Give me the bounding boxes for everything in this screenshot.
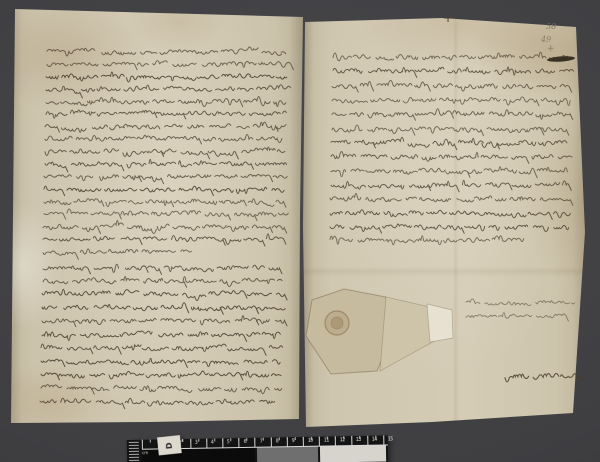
ruler-number: 4 — [211, 439, 214, 445]
manuscript-right-page — [302, 17, 590, 430]
grayscale-patch — [257, 447, 318, 462]
ruler-number: 11 — [324, 437, 329, 443]
ruler-number: 14 — [372, 437, 377, 443]
folio-number: 58 — [546, 22, 556, 31]
ruler-number: 9 — [292, 438, 295, 444]
secondary-folio-number: 49 — [541, 35, 551, 44]
ruler-number: 15 — [388, 436, 393, 442]
letter-heading-cross: + — [443, 11, 453, 25]
ruler-number: 3 — [195, 440, 198, 446]
ruler-number: 10 — [308, 438, 313, 444]
ruler-number: 7 — [259, 439, 262, 445]
photo-canvas: + 58 49 + 123456789101112131415 D cm — [0, 0, 600, 462]
ruler-number: 13 — [356, 437, 361, 443]
ruler-sticker-letter: D — [165, 441, 175, 449]
photographic-scale-bar: 123456789101112131415 D cm — [127, 435, 388, 462]
ruler-unit-label: cm — [142, 451, 148, 456]
ruler-sticker: D — [157, 435, 182, 455]
ruler-number: 5 — [227, 439, 230, 445]
ruler-number: 8 — [275, 438, 278, 444]
ruler-number: 12 — [340, 437, 345, 443]
pencil-cross-mark: + — [547, 44, 555, 54]
manuscript-left-page — [10, 9, 304, 424]
grayscale-patch — [320, 445, 386, 462]
ruler-number: 6 — [243, 439, 246, 445]
